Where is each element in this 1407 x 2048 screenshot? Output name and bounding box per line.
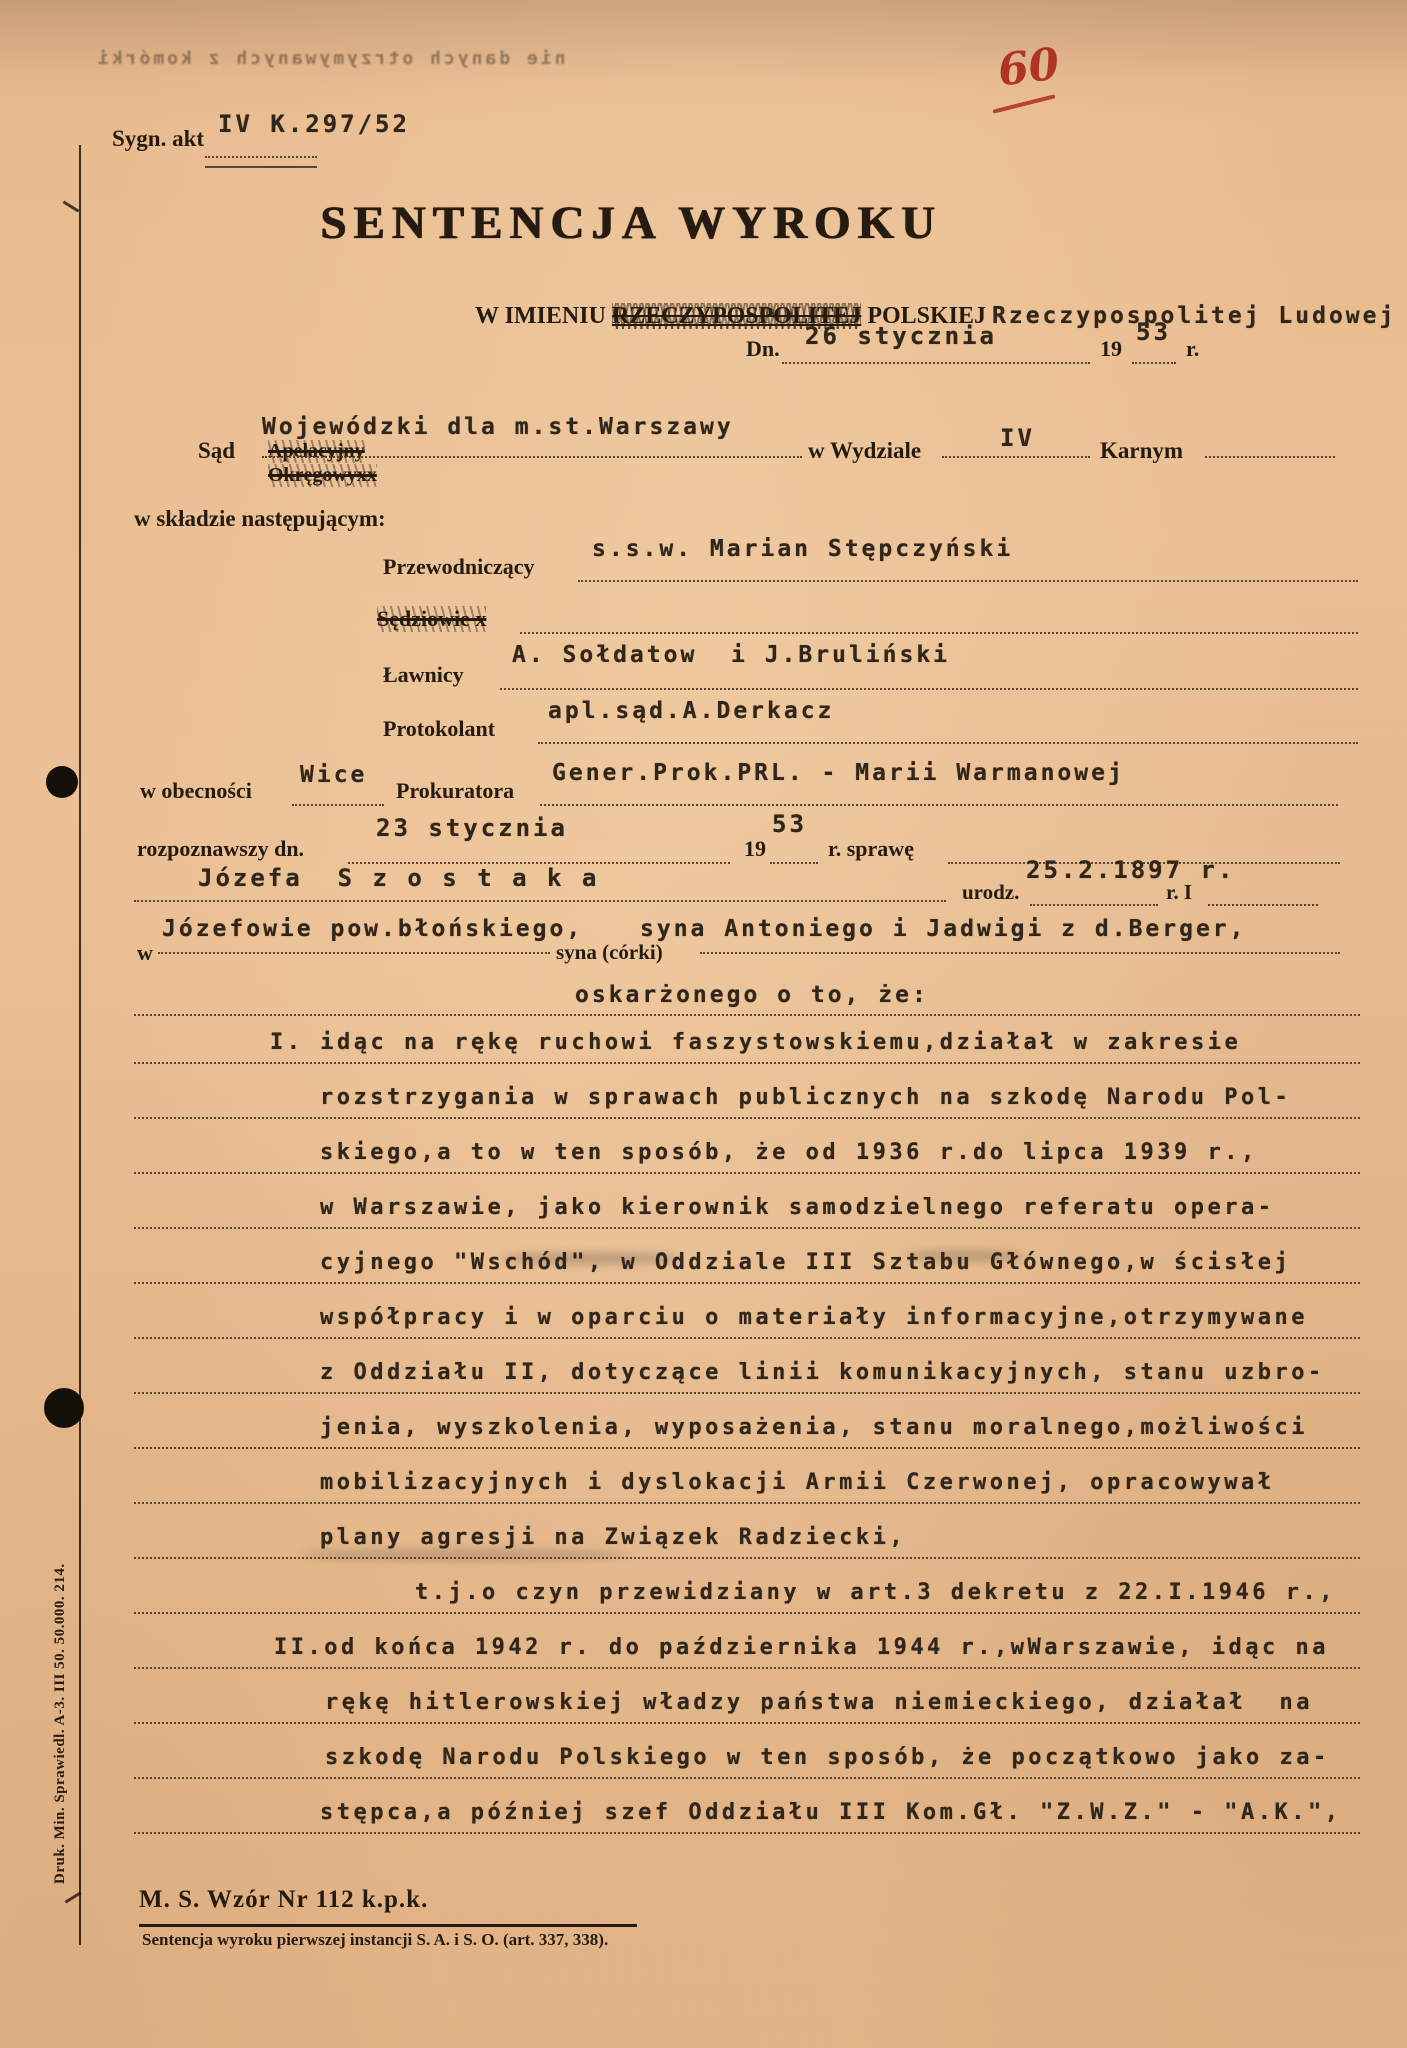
- hearing-label: rozpoznawszy dn.: [137, 836, 304, 862]
- typed-clerk: apl.sąd.A.Derkacz: [548, 698, 834, 724]
- typed-parents: syna Antoniego i Jadwigi z d.Berger,: [640, 916, 1247, 942]
- charge-ruling: [134, 1337, 1360, 1339]
- born-ruling-2: [1208, 904, 1318, 906]
- typed-hearing-year: 53: [772, 810, 807, 838]
- division-ruling: [942, 456, 1090, 458]
- typed-birthplace: Józefowie pow.błońskiego,: [162, 916, 583, 942]
- charge-ruling: [134, 1502, 1360, 1504]
- typed-prosecutor-name: Gener.Prok.PRL. - Marii Warmanowej: [552, 760, 1125, 786]
- charge-line: w Warszawie, jako kierownik samodzielneg…: [320, 1195, 1274, 1220]
- date-century: 19: [1100, 336, 1122, 362]
- charge-line: II.od końca 1942 r. do października 1944…: [274, 1635, 1329, 1660]
- kin-form-label: syna (córki): [556, 940, 663, 965]
- in-the-name-prefix: W IMIENIU: [475, 303, 606, 329]
- parents-ruling: [700, 952, 1340, 954]
- struck-court-option-apelacyjny: Apelacyjny: [268, 440, 365, 463]
- presiding-ruling: [578, 580, 1358, 582]
- typed-defendant-name: Józefa S z o s t a k a: [198, 864, 599, 892]
- date-ruling: [782, 362, 1090, 364]
- lay-judges-label: Ławnicy: [383, 662, 464, 688]
- clerk-label: Protokolant: [383, 716, 495, 742]
- typed-date-day: 26 stycznia: [805, 322, 997, 350]
- charge-ruling: [134, 1282, 1360, 1284]
- left-margin-line: [79, 145, 81, 1945]
- court-name-ruling: [262, 456, 802, 458]
- judges-ruling: [520, 632, 1358, 634]
- vice-ruling: [292, 804, 384, 806]
- handwritten-page-number: 60: [995, 38, 1062, 96]
- charge-line: skiego,a to w ten sposób, że od 1936 r.d…: [320, 1140, 1258, 1165]
- charge-ruling: [134, 1722, 1360, 1724]
- date-suffix: r.: [1186, 336, 1199, 362]
- charge-line: współpracy i w oparciu o materiały infor…: [320, 1305, 1308, 1330]
- hole-punch-top: [46, 766, 78, 798]
- birthplace-ruling: [158, 952, 550, 954]
- charge-line: cyjnego "Wschód", w Oddziale III Sztabu …: [320, 1250, 1291, 1275]
- case-number-ruling-2: [205, 166, 317, 168]
- charge-ruling: [134, 1777, 1360, 1779]
- charge-ruling: [134, 1832, 1360, 1834]
- charge-ruling: [134, 1557, 1360, 1559]
- charge-ruling: [134, 1447, 1360, 1449]
- bleedthrough-text: nie danych otrzymywanych z komórki: [95, 48, 565, 69]
- born-label: urodz.: [962, 880, 1019, 905]
- form-caption: Sentencja wyroku pierwszej instancji S. …: [142, 1930, 608, 1950]
- margin-tick-top: [63, 200, 80, 212]
- typed-date-year: 53: [1136, 318, 1171, 346]
- charge-line: plany agresji na Związek Radziecki,: [320, 1525, 906, 1550]
- charge-ruling: [134, 1392, 1360, 1394]
- typed-vice-prefix: Wice: [300, 762, 367, 788]
- charge-ruling: [134, 1117, 1360, 1119]
- typed-hearing-date: 23 stycznia: [376, 814, 568, 842]
- charge-ruling: [134, 1667, 1360, 1669]
- presiding-judge-label: Przewodniczący: [383, 554, 535, 580]
- form-number: M. S. Wzór Nr 112 k.p.k.: [139, 1886, 428, 1914]
- charge-intro: oskarżonego o to, że:: [575, 982, 929, 1008]
- footer-rule: [139, 1924, 637, 1927]
- charge-line: stępca,a później szef Oddziału III Kom.G…: [320, 1800, 1341, 1825]
- typed-birth-date: 25.2.1897 r.: [1026, 856, 1235, 884]
- born-ruling-1: [1030, 904, 1158, 906]
- typed-presiding-judge: s.s.w. Marian Stępczyński: [592, 536, 1013, 562]
- struck-judges-label: Sędziowie x: [377, 606, 486, 632]
- charge-ruling: [134, 1612, 1360, 1614]
- red-pen-underline: [992, 94, 1055, 113]
- born-form-text: r. I: [1166, 880, 1192, 905]
- lay-judges-ruling: [500, 688, 1358, 690]
- charge-line: rękę hitlerowskiej władzy państwa niemie…: [325, 1690, 1313, 1715]
- prosecutor-label: Prokuratora: [396, 778, 514, 804]
- typed-division-number: IV: [1000, 424, 1035, 452]
- document-title: SENTENCJA WYROKU: [320, 196, 942, 250]
- charge-line: jenia, wyszkolenia, wyposażenia, stanu m…: [320, 1415, 1308, 1440]
- scanned-court-verdict-page: nie danych otrzymywanych z komórki 60 Sy…: [0, 0, 1407, 2048]
- charge-ruling: [134, 1227, 1360, 1229]
- date-label: Dn.: [746, 336, 780, 362]
- date-year-ruling: [1132, 362, 1176, 364]
- charge-line: t.j.o czyn przewidziany w art.3 dekretu …: [415, 1580, 1336, 1605]
- typed-court-name: Wojewódzki dla m.st.Warszawy: [262, 414, 734, 440]
- struck-court-option-okregowy: Okręgowyxx: [268, 464, 377, 487]
- clerk-ruling: [538, 742, 1358, 744]
- case-number-label: Sygn. akt: [112, 126, 204, 152]
- case-number-ruling: [205, 156, 317, 158]
- hearing-suffix: r. sprawę: [828, 836, 914, 862]
- charge-line: I. idąc na rękę ruchowi faszystowskiemu,…: [270, 1030, 1241, 1055]
- typed-lay-judges: A. Sołdatow i J.Bruliński: [512, 642, 950, 668]
- charge-line: szkodę Narodu Polskiego w ten sposób, że…: [325, 1745, 1330, 1770]
- charge-line: mobilizacyjnych i dyslokacji Armii Czerw…: [320, 1470, 1274, 1495]
- charge-line: rozstrzygania w sprawach publicznych na …: [320, 1085, 1291, 1110]
- division-label: w Wydziale: [808, 438, 921, 464]
- prosecutor-ruling: [540, 804, 1338, 806]
- charge-ruling: [134, 1172, 1360, 1174]
- charge-line: z Oddziału II, dotyczące linii komunikac…: [320, 1360, 1325, 1385]
- division-kind-ruling: [1205, 456, 1335, 458]
- hearing-century: 19: [744, 836, 766, 862]
- typed-peoples-republic: Rzeczypospolitej Ludowej: [992, 303, 1396, 329]
- charge-ruling: [134, 1062, 1360, 1064]
- defendant-name-ruling: [134, 900, 946, 902]
- hearing-year-ruling: [770, 862, 818, 864]
- case-number-value: IV K.297/52: [218, 110, 410, 138]
- printer-imprint: Druk. Min. Sprawiedl. A-3. III 50. 50.00…: [52, 1194, 74, 1884]
- court-label: Sąd: [198, 438, 235, 464]
- division-kind: Karnym: [1100, 438, 1183, 464]
- presence-label: w obecności: [140, 778, 252, 804]
- panel-heading: w składzie następującym:: [134, 506, 386, 532]
- pencil-squiggle: [300, 1548, 630, 1562]
- in-label: w: [137, 940, 153, 966]
- charge-intro-ruling: [134, 1014, 1360, 1016]
